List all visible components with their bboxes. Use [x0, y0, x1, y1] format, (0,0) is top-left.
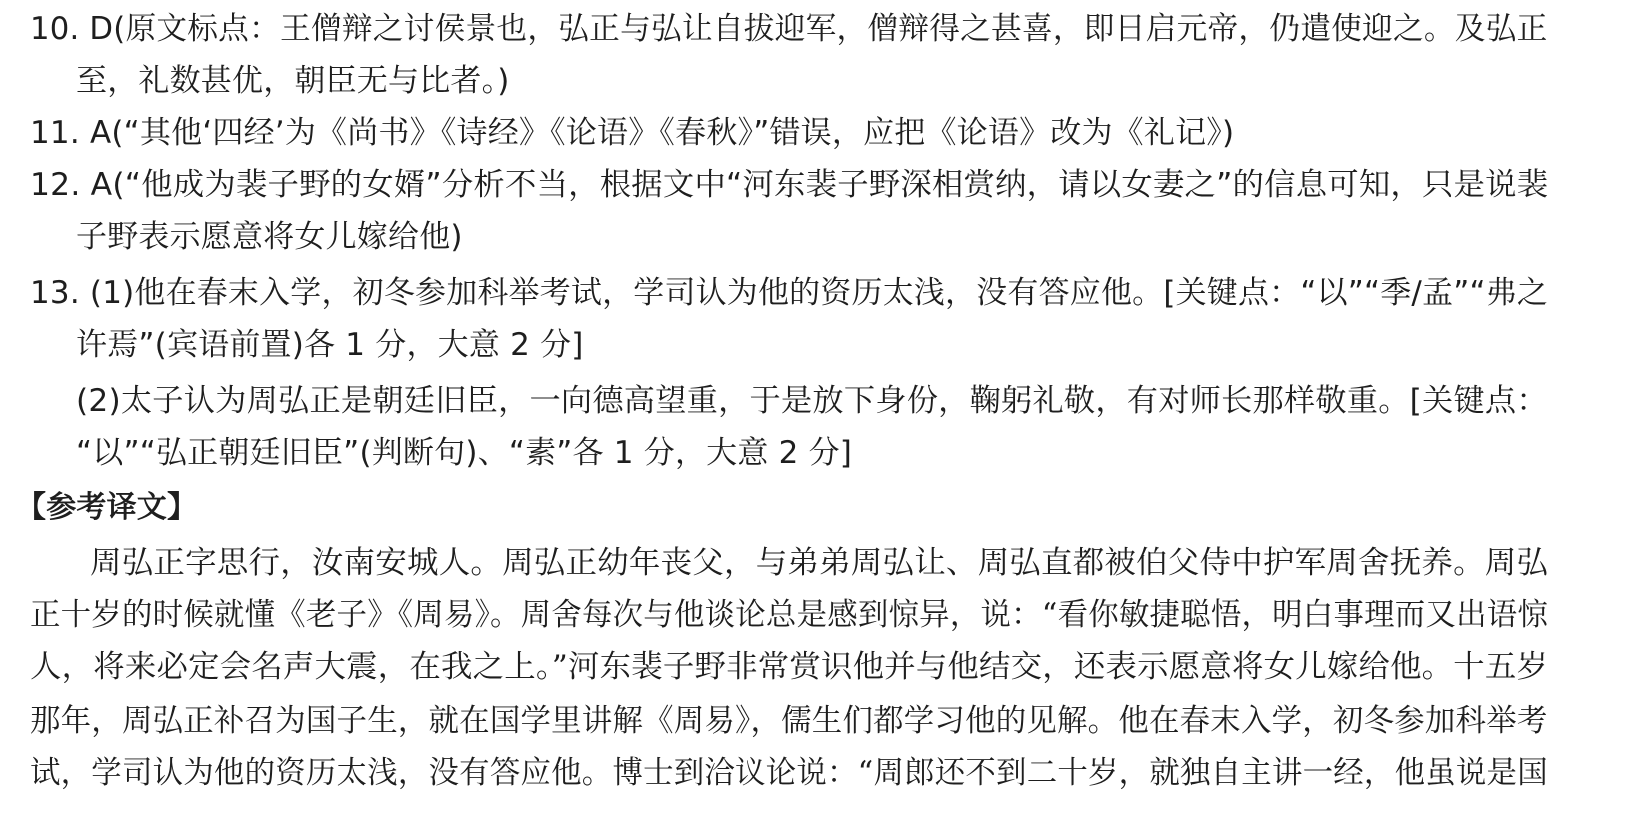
translation-line-2: 正十岁的时候就懂《老子》《周易》。周舍每次与他谈论总是感到惊异，说：“看你敏捷聪…: [30, 595, 1548, 635]
document-page: 10. D(原文标点：王僧辩之讨侯景也，弘正与弘让自拔迎军，僧辩得之甚喜，即日启…: [0, 0, 1630, 825]
answer-10-line-2: 至，礼数甚优，朝臣无与比者。): [76, 61, 510, 101]
answer-13-line-4: “以”“弘正朝廷旧臣”(判断句)、“素”各 1 分，大意 2 分]: [76, 433, 852, 473]
answer-10-line-1: 10. D(原文标点：王僧辩之讨侯景也，弘正与弘让自拔迎军，僧辩得之甚喜，即日启…: [30, 9, 1548, 49]
translation-line-3: 人，将来必定会名声大震，在我之上。”河东裴子野非常赏识他并与他结交，还表示愿意将…: [30, 647, 1548, 687]
answer-13-line-1: 13. (1)他在春末入学，初冬参加科举考试，学司认为他的资历太浅，没有答应他。…: [30, 273, 1548, 313]
answer-12-line-1: 12. A(“他成为裴子野的女婿”分析不当，根据文中“河东裴子野深相赏纳，请以女…: [30, 165, 1548, 205]
translation-heading: 【参考译文】: [16, 488, 197, 528]
translation-line-4: 那年，周弘正补召为国子生，就在国学里讲解《周易》，儒生们都学习他的见解。他在春末…: [30, 701, 1548, 741]
translation-line-1: 周弘正字思行，汝南安城人。周弘正幼年丧父，与弟弟周弘让、周弘直都被伯父侍中护军周…: [90, 543, 1548, 583]
answer-13-line-3: (2)太子认为周弘正是朝廷旧臣，一向德高望重，于是放下身份，鞠躬礼敬，有对师长那…: [76, 381, 1548, 421]
answer-12-line-2: 子野表示愿意将女儿嫁给他): [76, 217, 463, 257]
answer-13-line-2: 许焉”(宾语前置)各 1 分，大意 2 分]: [76, 325, 584, 365]
answer-11-line-1: 11. A(“其他‘四经’为《尚书》《诗经》《论语》《春秋》”错误，应把《论语》…: [30, 113, 1234, 153]
translation-line-5: 试，学司认为他的资历太浅，没有答应他。博士到洽议论说：“周郎还不到二十岁，就独自…: [30, 753, 1548, 793]
